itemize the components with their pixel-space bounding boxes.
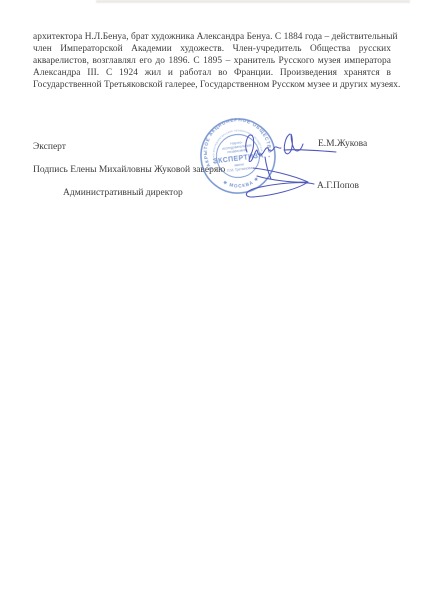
director-label: Административный директор (63, 188, 183, 198)
biography-paragraph: архитектора Н.Л.Бенуа, брат художника Ал… (33, 31, 391, 91)
expert-label: Эксперт (33, 142, 66, 152)
expert-signature (246, 134, 336, 162)
ink-signatures (230, 118, 385, 213)
director-signature (246, 157, 314, 197)
paragraph-line: архитектора Н.Л.Бенуа, брат художника Ал… (33, 31, 391, 43)
scan-artifact (96, 0, 410, 3)
paragraph-line: член Императорской Академии художеств. Ч… (33, 43, 391, 55)
paragraph-line: Александра III. С 1924 жил и работал во … (33, 67, 391, 79)
paragraph-line: акварелистов, возглавлял его до 1896. С … (33, 55, 391, 67)
document-page: архитектора Н.Л.Бенуа, брат художника Ал… (0, 0, 422, 600)
paragraph-line: Государственной Третьяковской галерее, Г… (33, 79, 391, 91)
